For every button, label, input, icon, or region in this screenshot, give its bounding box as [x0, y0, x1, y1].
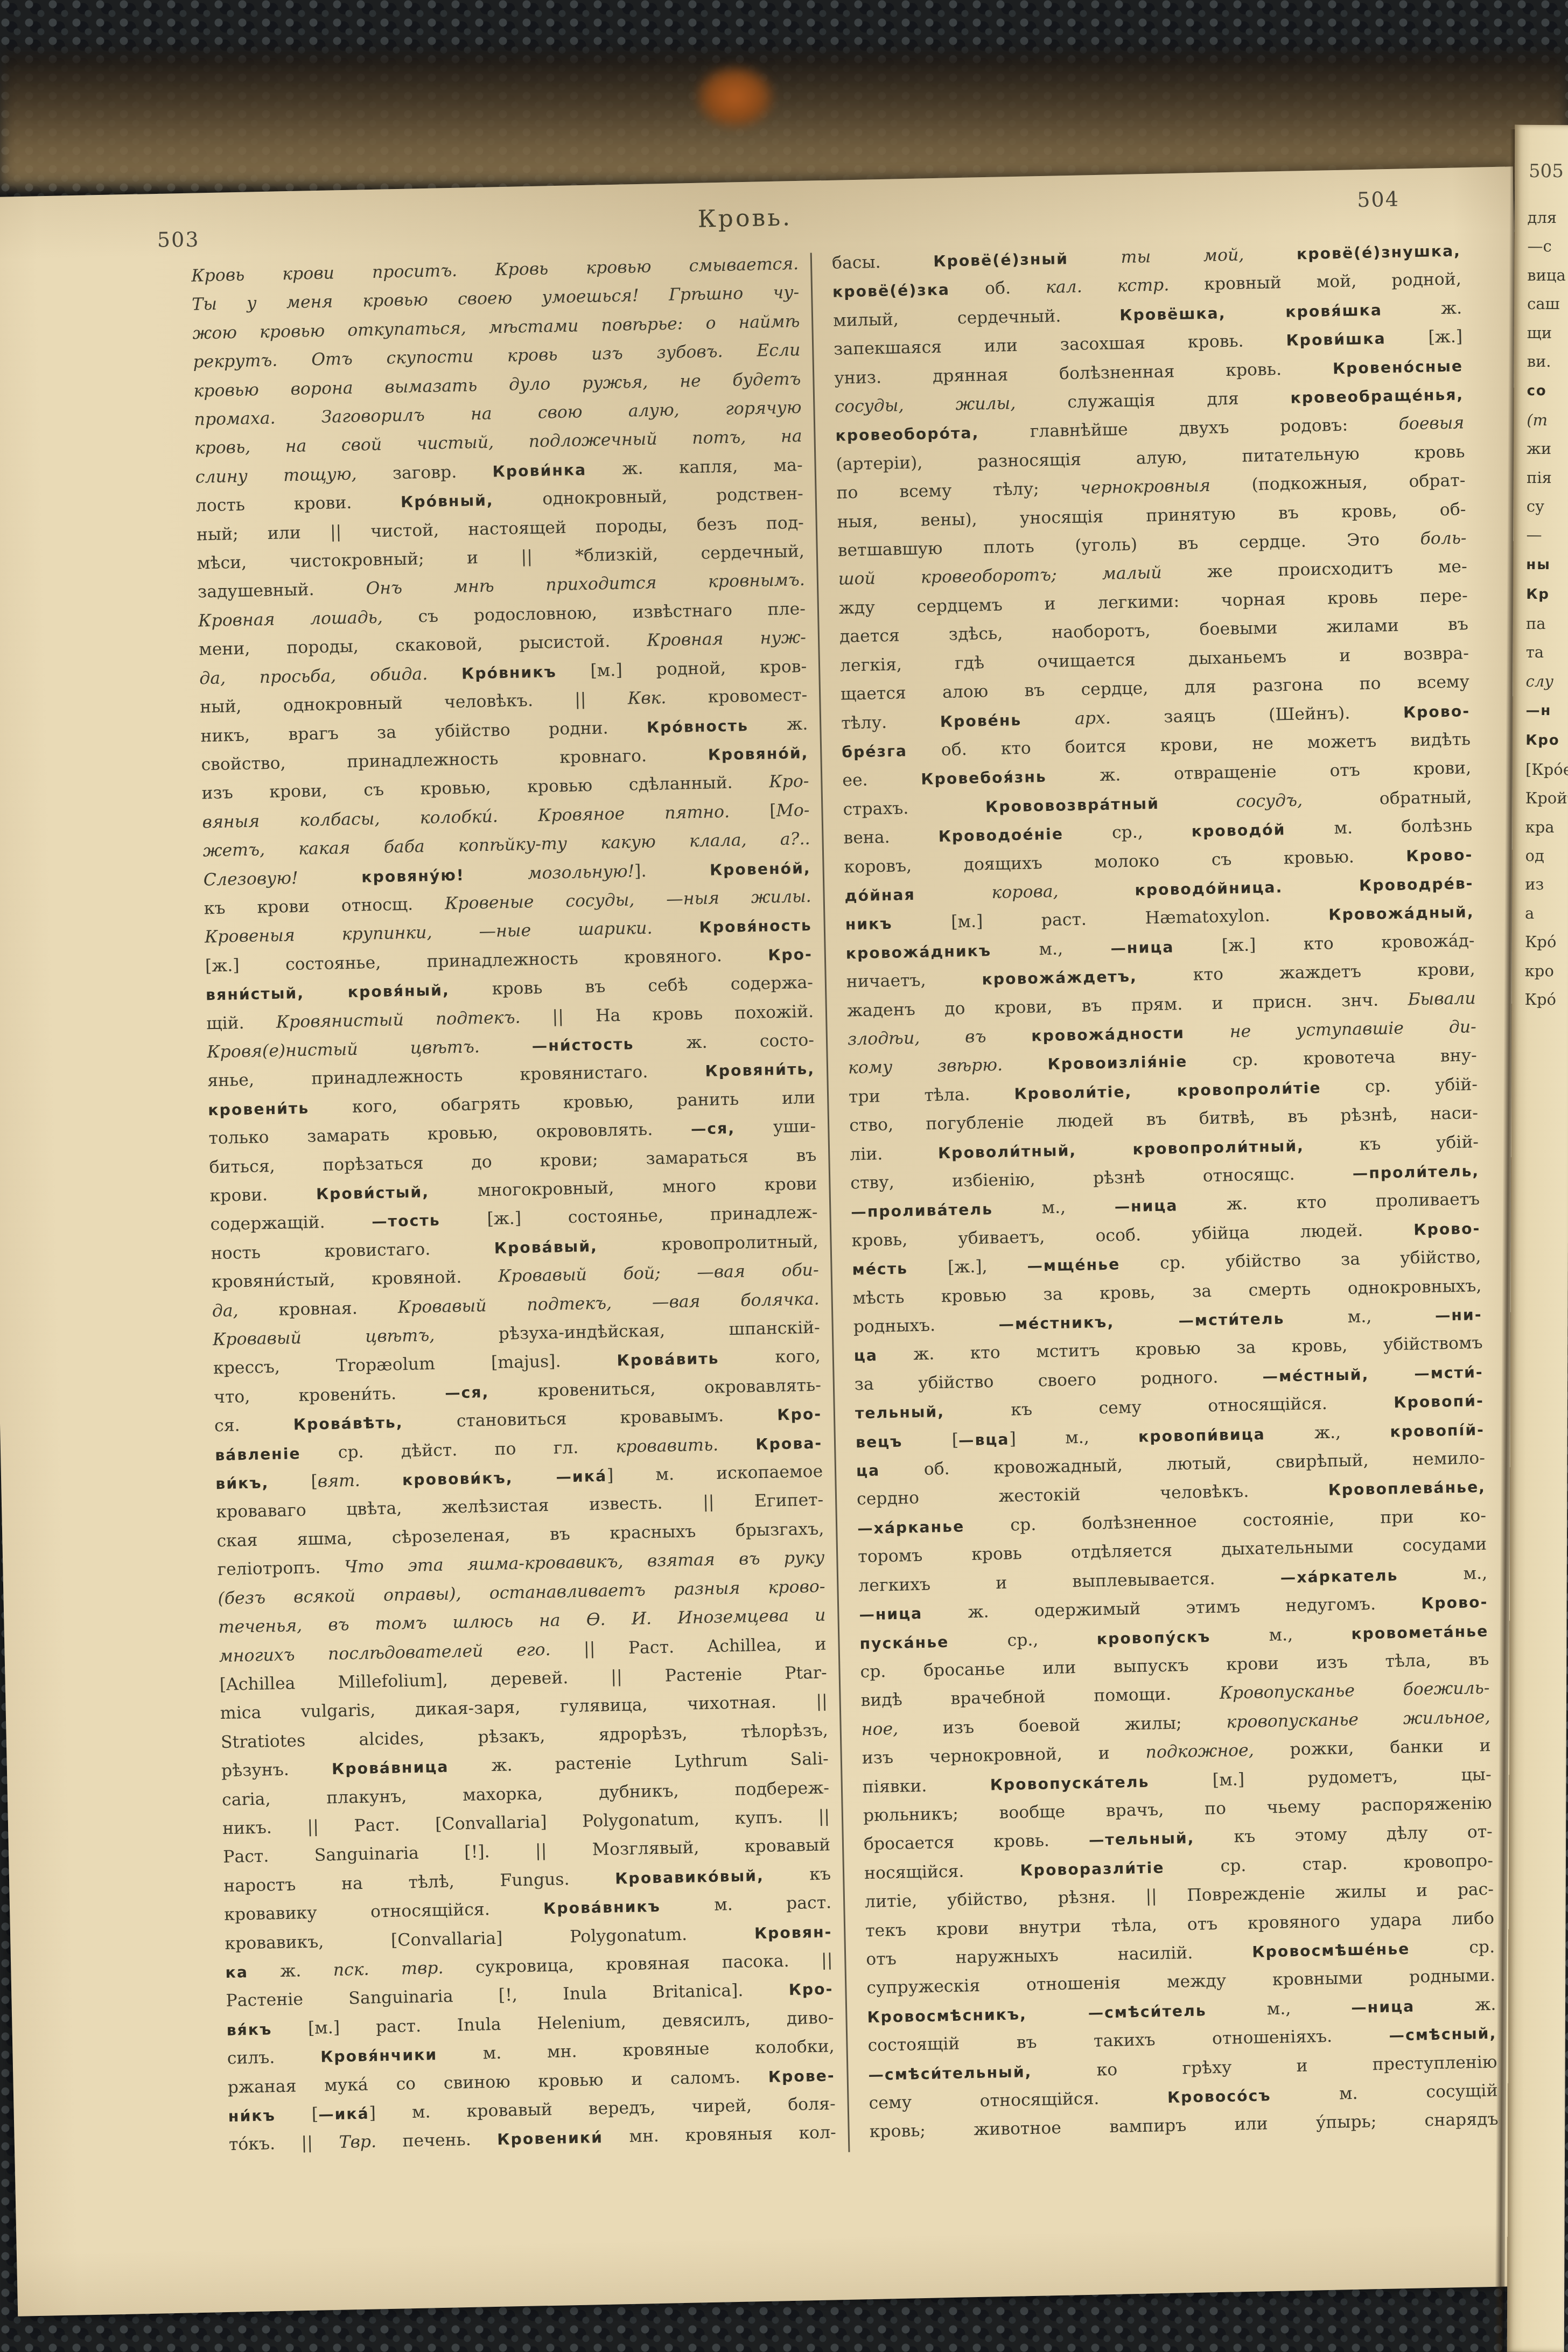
book-top-edge	[0, 52, 1568, 186]
text-line: кра	[1513, 813, 1568, 842]
text-line: [Кро́е	[1513, 755, 1568, 785]
text-line: (т	[1514, 406, 1568, 435]
next-page-sliver: 505 для—свицасашщиви.со(тжипіясу—ныКрпат…	[1507, 125, 1568, 2352]
text-line: —с	[1514, 232, 1568, 261]
text-line: жи	[1514, 435, 1568, 464]
text-line: од	[1512, 842, 1568, 871]
text-line: су	[1514, 492, 1568, 521]
text-line: та	[1513, 638, 1568, 667]
book-edge-stain	[695, 65, 775, 129]
text-line: Кройт	[1513, 784, 1568, 813]
text-line: —н	[1513, 696, 1568, 726]
text-line: со	[1514, 376, 1568, 406]
text-line: Кро	[1513, 725, 1568, 755]
text-line: па	[1513, 610, 1568, 639]
text-line: кро	[1512, 956, 1568, 985]
next-page-number: 505	[1529, 160, 1568, 182]
text-line: Кро́	[1512, 928, 1568, 957]
text-line: слу	[1513, 667, 1568, 696]
text-line: Кро́	[1511, 985, 1568, 1014]
page-number-right: 504	[1357, 187, 1399, 212]
text-line: саш	[1514, 290, 1568, 319]
text-line: из	[1512, 870, 1568, 899]
text-line: вица	[1514, 261, 1568, 290]
text-line: —	[1513, 521, 1568, 550]
text-line: ви.	[1514, 347, 1568, 376]
dictionary-page: 503 Кровь. 504 Кровь крови проситъ. Кров…	[0, 166, 1556, 2316]
next-page-text-fragments: для—свицасашщиви.со(тжипіясу—ныКрпатаслу…	[1511, 204, 1568, 1014]
left-column: Кровь крови проситъ. Кровь кровью смывае…	[191, 250, 837, 2160]
text-line: для	[1515, 204, 1568, 233]
text-line: пія	[1514, 463, 1568, 492]
text-line: а	[1512, 899, 1568, 928]
right-column: басы. Кровё(е́)зный ты мой, кровё(е́)зну…	[832, 236, 1499, 2147]
page-title: Кровь.	[0, 189, 1514, 247]
text-line: ны	[1513, 550, 1568, 580]
text-line: Кр	[1513, 579, 1568, 610]
text-line: щи	[1514, 318, 1568, 347]
